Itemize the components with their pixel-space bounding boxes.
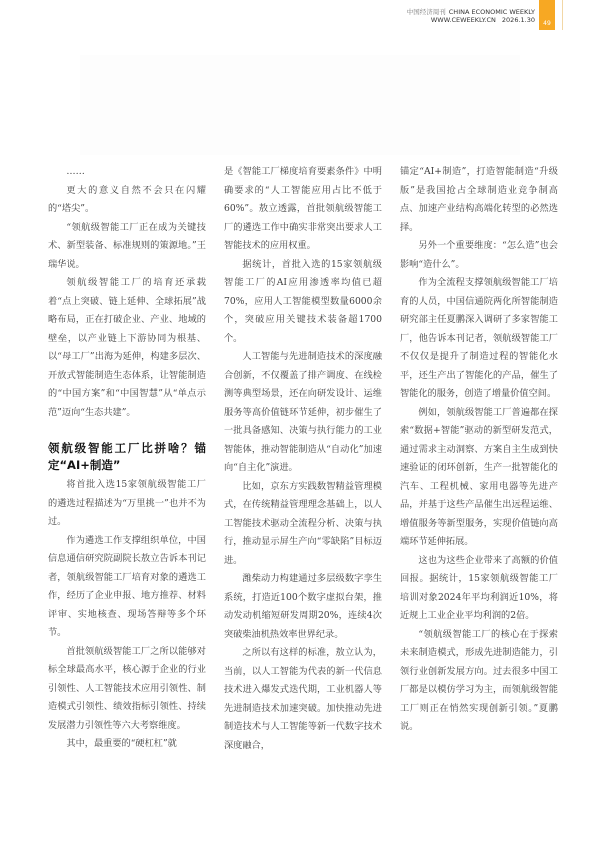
paragraph: 比如，京东方实践数智精益管理模式，在传统精益管理理念基础上，以人工智能技术驱动全…: [224, 478, 382, 571]
issue-date: 2026.1.30: [502, 16, 535, 24]
magazine-name-cn: 中国经济周刊: [407, 8, 446, 16]
article-column-3: 锚定“AI+制造”，打造智能制造“升级版”是我国抢占全球制造业竞争制高点、加速产…: [400, 163, 558, 737]
paragraph: 将首批入选15家领航级智能工厂的遴选过程描述为“万里挑一”也并不为过。: [48, 476, 206, 532]
section-subheading: 领航级智能工厂比拼啥？锚定“AI+制造”: [48, 440, 206, 474]
paragraph: 之所以有这样的标准，敖立认为，当前，以人工智能为代表的新一代信息技术进入爆发式迭…: [224, 644, 382, 755]
paragraph: 领航级智能工厂的培育还承载着“点上突破、链上延伸、全球拓展”战略布局，正在打破企…: [48, 274, 206, 422]
article-body: …… 更大的意义自然不会只在闪耀的“塔尖”。 “领航级智能工厂正在成为关键技术、…: [48, 163, 568, 763]
page-number: 49: [543, 20, 551, 27]
paragraph: “领航级智能工厂的核心在于探索未来制造模式，形成先进制造能力，引领行业创新发展方…: [400, 626, 558, 737]
paragraph: 首批领航级智能工厂之所以能够对标全球最高水平，核心源于企业的行业引领性、人工智能…: [48, 643, 206, 736]
paragraph: 锚定“AI+制造”，打造智能制造“升级版”是我国抢占全球制造业竞争制高点、加速产…: [400, 163, 558, 237]
paragraph: 潍柴动力构建通过多层级数字孪生系统，打造近100个数字虚拟台架，推动发动机缩短研…: [224, 570, 382, 644]
paragraph: ……: [48, 163, 206, 182]
paragraph: 另外一个重要维度：“怎么造”也会影响“造什么”。: [400, 237, 558, 274]
paragraph: “领航级智能工厂正在成为关键技术、新型装备、标准规则的策源地。”王瑞华说。: [48, 219, 206, 275]
page-number-tab: 49: [539, 0, 555, 30]
magazine-name-en: CHINA ECONOMIC WEEKLY: [449, 8, 535, 16]
paragraph: 更大的意义自然不会只在闪耀的“塔尖”。: [48, 182, 206, 219]
article-column-1: …… 更大的意义自然不会只在闪耀的“塔尖”。 “领航级智能工厂正在成为关键技术、…: [48, 163, 206, 754]
paragraph: 这也为这些企业带来了高额的价值回报。据统计，15家领航级智能工厂培训对象2024…: [400, 552, 558, 626]
masthead: 中国经济周刊CHINA ECONOMIC WEEKLY WWW.CEWEEKLY…: [407, 8, 535, 24]
website: WWW.CEWEEKLY.CN: [431, 16, 496, 24]
paragraph: 作为全流程支撑领航级智能工厂培育的人员，中国信通院两化所智能制造研究部主任夏鹏深…: [400, 274, 558, 404]
article-column-2: 是《智能工厂梯度培育要素条件》中明确要求的“人工智能应用占比不低于60%”。敖立…: [224, 163, 382, 755]
paragraph: 例如，领航级智能工厂普遍都在探索“数据+智能”驱动的新型研发范式，通过需求主动洞…: [400, 404, 558, 552]
page-header: 中国经济周刊CHINA ECONOMIC WEEKLY WWW.CEWEEKLY…: [395, 0, 595, 30]
paragraph: 人工智能与先进制造技术的深度融合创新，不仅覆盖了排产调度、在线检测等典型场景，还…: [224, 348, 382, 478]
paragraph: 作为遴选工作支撑组织单位，中国信息通信研究院副院长敖立告诉本刊记者，领航级智能工…: [48, 532, 206, 643]
paragraph: 其中，最重要的“硬杠杠”就: [48, 735, 206, 754]
header-divider: [562, 0, 563, 30]
paragraph: 据统计，首批入选的15家领航级智能工厂的AI应用渗透率均值已超70%，应用人工智…: [224, 256, 382, 349]
paragraph: 是《智能工厂梯度培育要素条件》中明确要求的“人工智能应用占比不低于60%”。敖立…: [224, 163, 382, 256]
faint-background-area: [80, 55, 520, 155]
